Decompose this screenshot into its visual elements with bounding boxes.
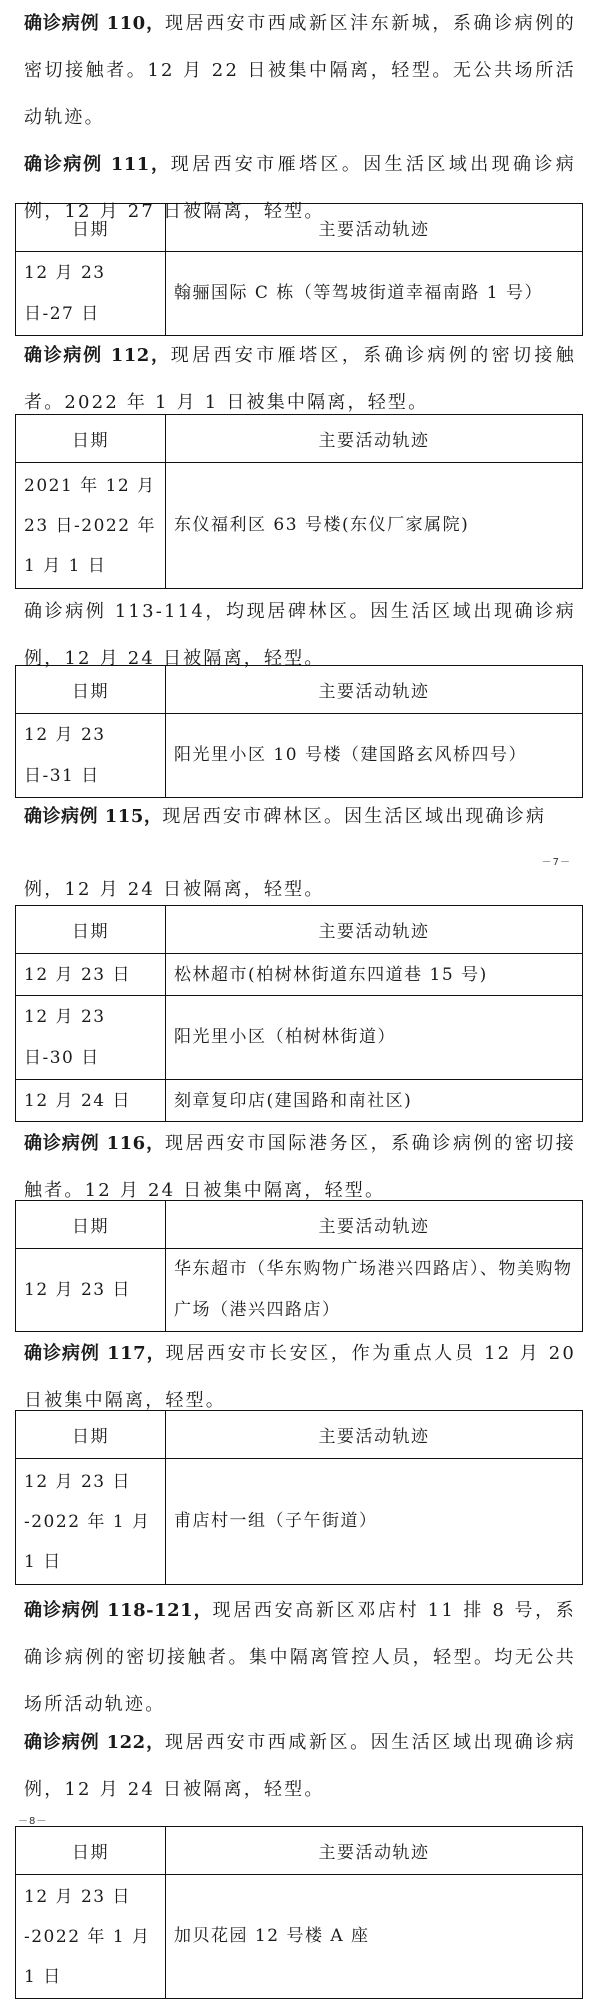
header-date: 日期 <box>16 906 166 954</box>
case-115-lead: 确诊病例 115， <box>24 806 162 827</box>
header-date: 日期 <box>16 1201 166 1249</box>
case-111-table: 日期主要活动轨迹 12 月 23 日-27 日 翰骊国际 C 栋（等驾坡街道幸福… <box>15 203 583 336</box>
table-row: 12 月 23 日 松林超市(柏树林街道东四道巷 15 号) <box>16 954 583 996</box>
case-116-lead: 确诊病例 116， <box>24 1133 165 1154</box>
case-112-table: 日期主要活动轨迹 2021 年 12 月 23 日-2022 年 1 月 1 日… <box>15 414 583 589</box>
case-122-table: 日期主要活动轨迹 12 月 23 日 -2022 年 1 月 1 日 加贝花园 … <box>15 1826 583 1999</box>
table-row: 12 月 23 日 -2022 年 1 月 1 日 甫店村一组（子午街道） <box>16 1459 583 1585</box>
case-115-body-part1: 现居西安市碑林区。因生活区域出现确诊病 <box>162 806 546 827</box>
header-track: 主要活动轨迹 <box>166 1827 583 1875</box>
header-date: 日期 <box>16 1411 166 1459</box>
case-112-paragraph: 确诊病例 112，现居西安市雁塔区，系确诊病例的密切接触者。2022 年 1 月… <box>24 332 576 426</box>
case-110-paragraph: 确诊病例 110，现居西安市西咸新区沣东新城，系确诊病例的密切接触者。12 月 … <box>24 0 576 141</box>
case-117-lead: 确诊病例 117， <box>24 1343 166 1364</box>
page-number-8: －8－ <box>18 1812 47 1827</box>
row-place: 加贝花园 12 号楼 A 座 <box>166 1875 583 1999</box>
case-122-lead: 确诊病例 122， <box>24 1732 165 1753</box>
header-date: 日期 <box>16 1827 166 1875</box>
table-row: 12 月 23 日-30 日 阳光里小区（柏树林街道） <box>16 996 583 1080</box>
header-track: 主要活动轨迹 <box>166 666 583 714</box>
table-row: 12 月 23 日 华东超市（华东购物广场港兴四路店）、物美购物广场（港兴四路店… <box>16 1249 583 1332</box>
header-track: 主要活动轨迹 <box>166 415 583 463</box>
table-row: 2021 年 12 月 23 日-2022 年 1 月 1 日 东仪福利区 63… <box>16 463 583 589</box>
row-place: 阳光里小区（柏树林街道） <box>166 996 583 1080</box>
header-date: 日期 <box>16 666 166 714</box>
row-date: 12 月 23 日-31 日 <box>16 714 166 798</box>
row-place: 东仪福利区 63 号楼(东仪厂家属院) <box>166 463 583 589</box>
row-date: 12 月 23 日 -2022 年 1 月 1 日 <box>16 1875 166 1999</box>
case-115-table: 日期主要活动轨迹 12 月 23 日 松林超市(柏树林街道东四道巷 15 号) … <box>15 905 583 1122</box>
row-place: 阳光里小区 10 号楼（建国路玄风桥四号） <box>166 714 583 798</box>
case-118-121-paragraph: 确诊病例 118-121，现居西安高新区邓店村 11 排 8 号，系确诊病例的密… <box>24 1587 576 1728</box>
table-row: 12 月 23 日-27 日 翰骊国际 C 栋（等驾坡街道幸福南路 1 号） <box>16 252 583 336</box>
case-116-table: 日期主要活动轨迹 12 月 23 日 华东超市（华东购物广场港兴四路店）、物美购… <box>15 1200 583 1332</box>
case-111-lead: 确诊病例 111， <box>24 154 171 175</box>
header-track: 主要活动轨迹 <box>166 906 583 954</box>
case-112-lead: 确诊病例 112， <box>24 345 171 366</box>
row-place: 翰骊国际 C 栋（等驾坡街道幸福南路 1 号） <box>166 252 583 336</box>
table-row: 12 月 24 日 刻章复印店(建国路和南社区) <box>16 1080 583 1122</box>
table-row: 12 月 23 日-31 日 阳光里小区 10 号楼（建国路玄风桥四号） <box>16 714 583 798</box>
case-118-121-lead: 确诊病例 118-121， <box>24 1600 213 1621</box>
header-date: 日期 <box>16 204 166 252</box>
table-row: 12 月 23 日 -2022 年 1 月 1 日 加贝花园 12 号楼 A 座 <box>16 1875 583 1999</box>
header-track: 主要活动轨迹 <box>166 1201 583 1249</box>
row-date: 12 月 24 日 <box>16 1080 166 1122</box>
header-date: 日期 <box>16 415 166 463</box>
row-date: 12 月 23 日-30 日 <box>16 996 166 1080</box>
row-date: 12 月 23 日-27 日 <box>16 252 166 336</box>
case-115-paragraph-part1: 确诊病例 115，现居西安市碑林区。因生活区域出现确诊病 <box>24 793 576 840</box>
row-place: 刻章复印店(建国路和南社区) <box>166 1080 583 1122</box>
header-track: 主要活动轨迹 <box>166 1411 583 1459</box>
case-110-lead: 确诊病例 110， <box>24 13 165 34</box>
row-date: 12 月 23 日 -2022 年 1 月 1 日 <box>16 1459 166 1585</box>
row-place: 甫店村一组（子午街道） <box>166 1459 583 1585</box>
case-113-114-table: 日期主要活动轨迹 12 月 23 日-31 日 阳光里小区 10 号楼（建国路玄… <box>15 665 583 798</box>
case-117-table: 日期主要活动轨迹 12 月 23 日 -2022 年 1 月 1 日 甫店村一组… <box>15 1410 583 1585</box>
case-113-114-body: 确诊病例 113-114，均现居碑林区。因生活区域出现确诊病例，12 月 24 … <box>24 601 576 669</box>
row-place: 华东超市（华东购物广场港兴四路店）、物美购物广场（港兴四路店） <box>166 1249 583 1332</box>
row-date: 12 月 23 日 <box>16 1249 166 1332</box>
row-date: 2021 年 12 月 23 日-2022 年 1 月 1 日 <box>16 463 166 589</box>
row-date: 12 月 23 日 <box>16 954 166 996</box>
case-115-body-part2: 例，12 月 24 日被隔离，轻型。 <box>24 879 325 900</box>
row-place: 松林超市(柏树林街道东四道巷 15 号) <box>166 954 583 996</box>
case-122-paragraph: 确诊病例 122，现居西安市西咸新区。因生活区域出现确诊病例，12 月 24 日… <box>24 1719 576 1813</box>
header-track: 主要活动轨迹 <box>166 204 583 252</box>
